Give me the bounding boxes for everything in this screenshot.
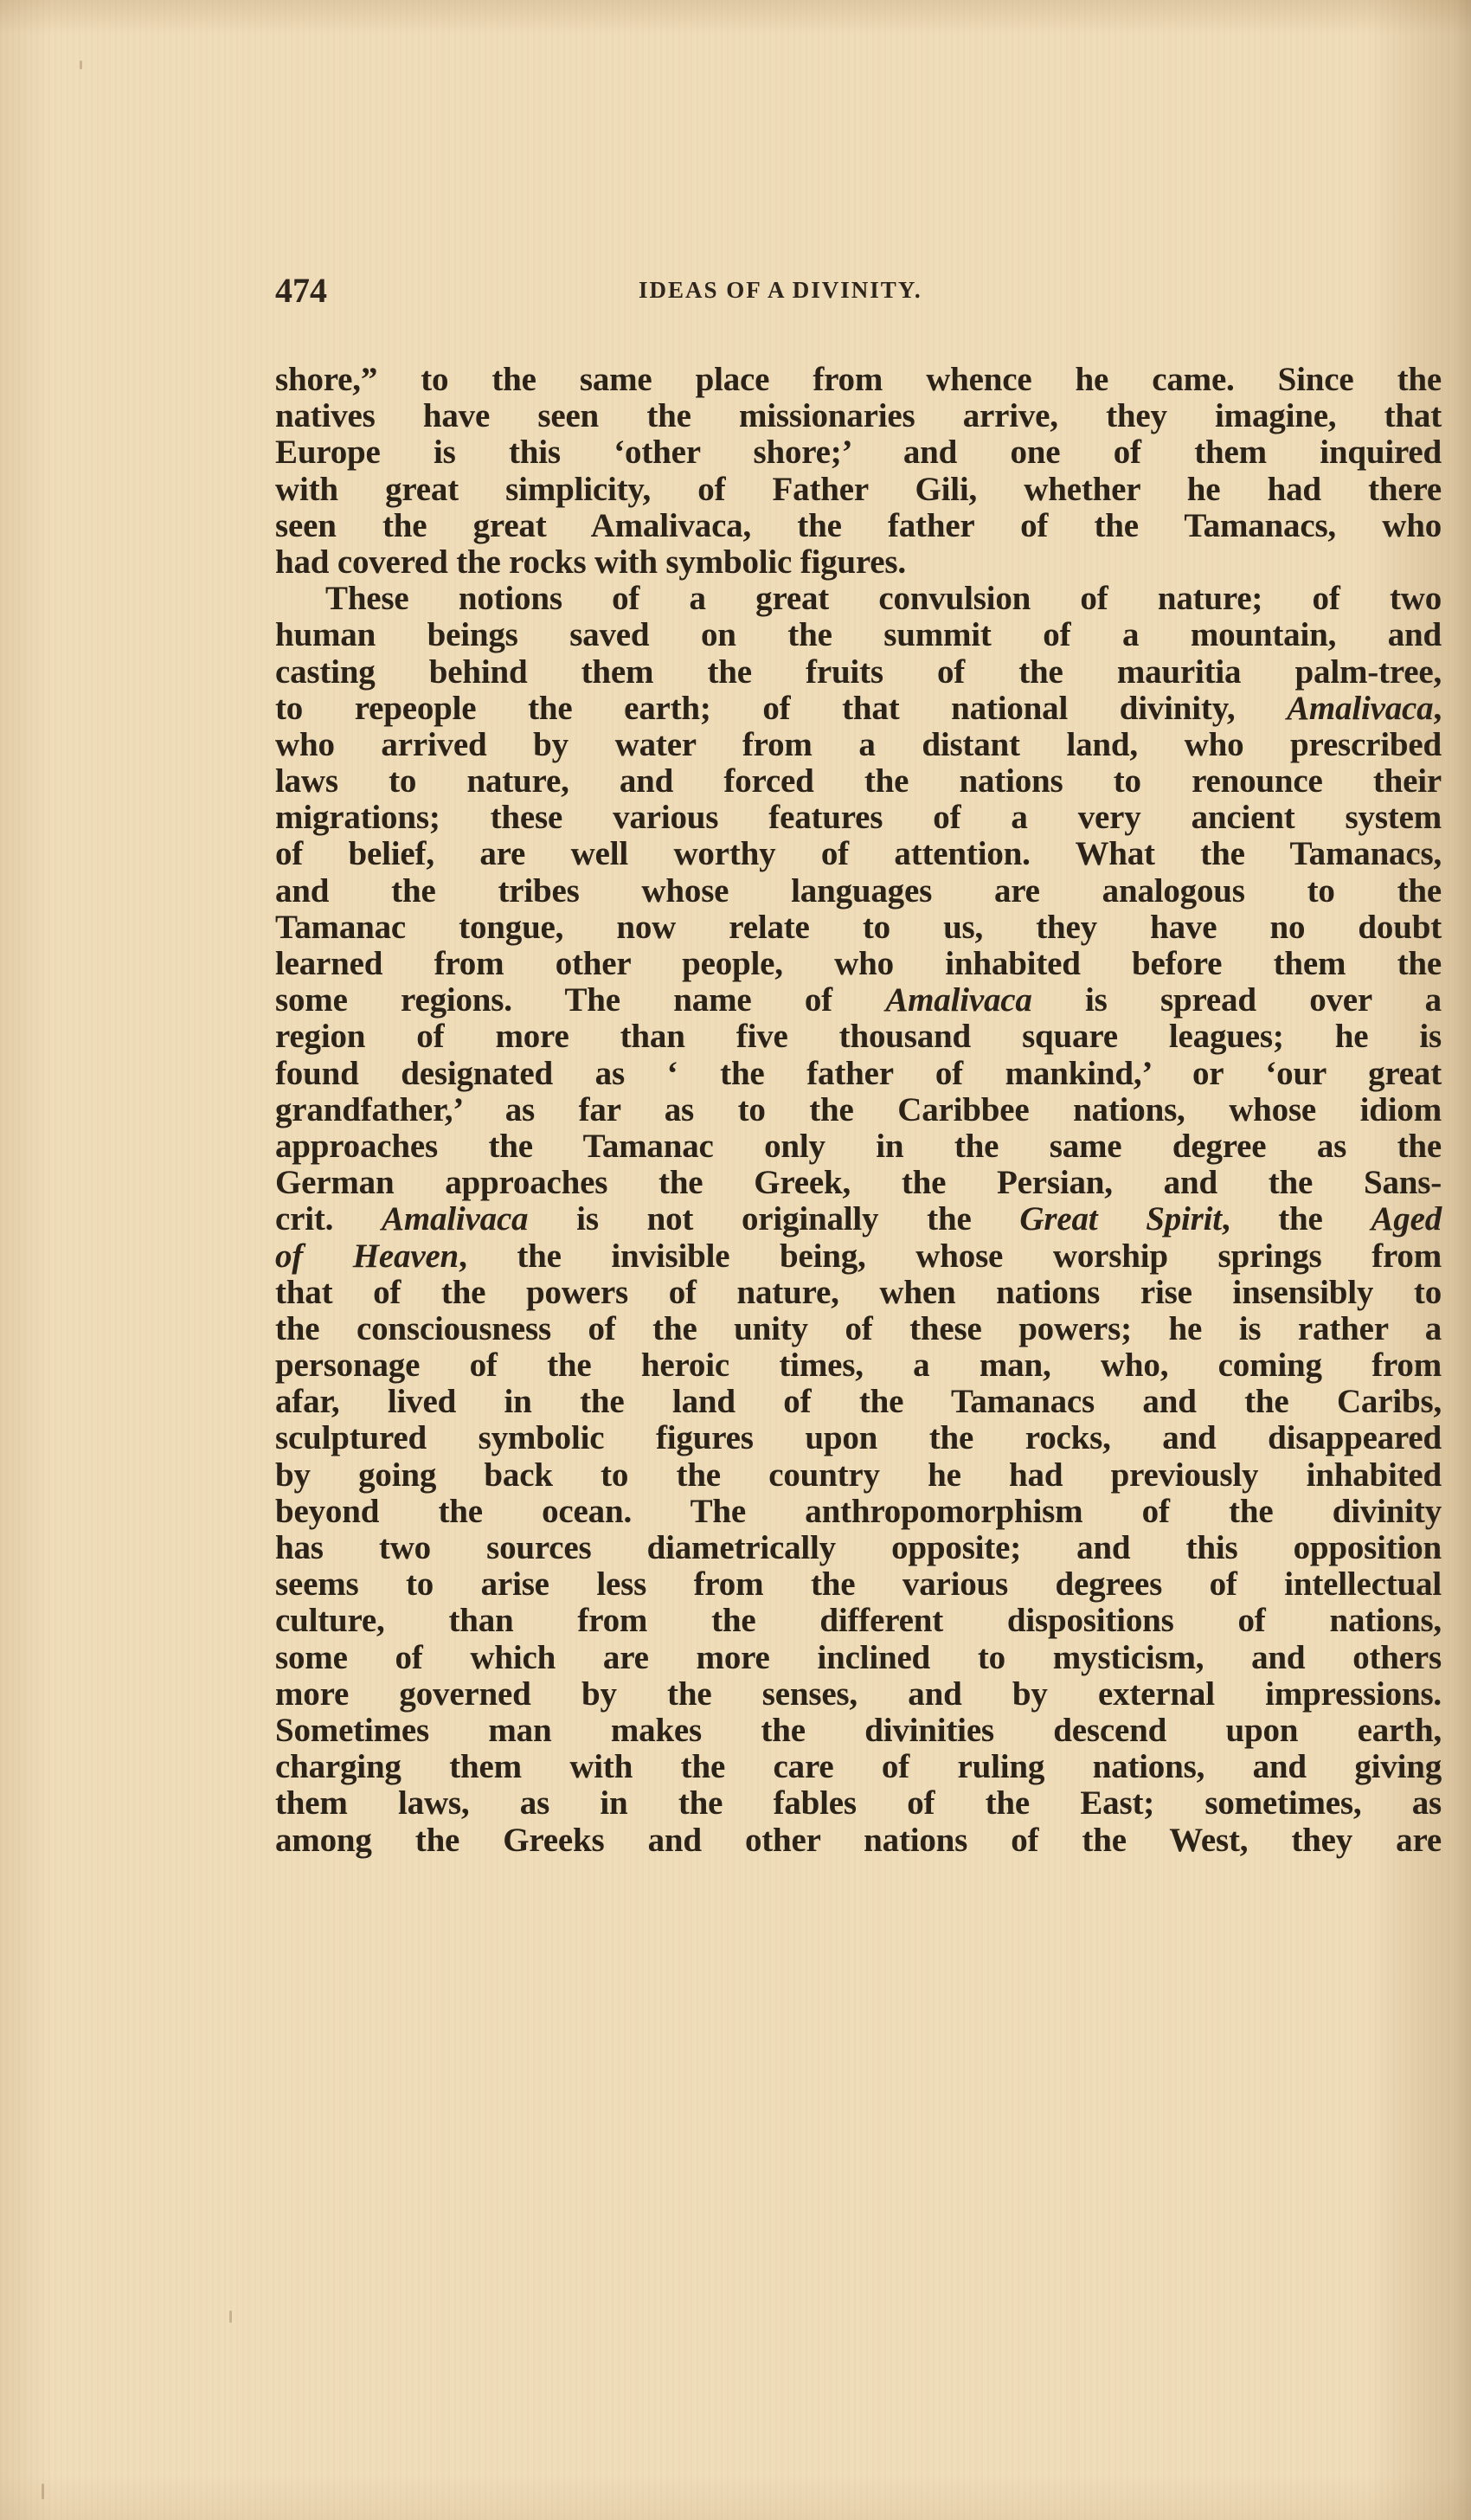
italic-text: Great Spirit	[1019, 1200, 1221, 1237]
text-run: them laws, as in the fables of the East;…	[275, 1784, 1442, 1822]
text-line: culture, than from the different disposi…	[275, 1603, 1442, 1639]
text-run: culture, than from the different disposi…	[275, 1602, 1442, 1639]
text-run: Europe is this ‘other shore;’ and one of…	[275, 434, 1442, 471]
text-run: personage of the heroic times, a man, wh…	[275, 1347, 1442, 1384]
text-line: had covered the rocks with symbolic figu…	[275, 544, 1442, 581]
text-run: crit.	[275, 1200, 382, 1237]
italic-text: Amalivaca	[1287, 690, 1433, 727]
body-text: shore,” to the same place from whence he…	[275, 362, 1442, 1859]
text-line: approaches the Tamanac only in the same …	[275, 1128, 1442, 1165]
text-run: migrations; these various features of a …	[275, 799, 1442, 836]
text-line: Tamanac tongue, now relate to us, they h…	[275, 910, 1442, 946]
italic-text: of Heaven	[275, 1237, 459, 1275]
text-run: These notions of a great convulsion of n…	[325, 580, 1442, 617]
text-run: afar, lived in the land of the Tamanacs …	[275, 1383, 1442, 1420]
text-run: some regions. The name of	[275, 981, 885, 1019]
text-run: grandfather,’ as far as to the Caribbee …	[275, 1091, 1442, 1128]
page-number: 474	[275, 270, 327, 311]
text-run: beyond the ocean. The anthropomorphism o…	[275, 1493, 1442, 1530]
text-run: natives have seen the missionaries arriv…	[275, 397, 1442, 434]
text-run: sculptured symbolic figures upon the roc…	[275, 1419, 1442, 1456]
text-run: among the Greeks and other nations of th…	[275, 1822, 1442, 1859]
text-run: German approaches the Greek, the Persian…	[275, 1164, 1442, 1201]
text-line: the consciousness of the unity of these …	[275, 1311, 1442, 1347]
text-line: migrations; these various features of a …	[275, 800, 1442, 836]
text-line: casting behind them the fruits of the ma…	[275, 654, 1442, 691]
text-run: , the	[1222, 1200, 1371, 1237]
text-run: Tamanac tongue, now relate to us, they h…	[275, 909, 1442, 946]
text-line: natives have seen the missionaries arriv…	[275, 398, 1442, 434]
text-line: by going back to the country he had prev…	[275, 1457, 1442, 1494]
text-run: more governed by the senses, and by exte…	[275, 1675, 1442, 1713]
text-run: had covered the rocks with symbolic figu…	[275, 543, 906, 581]
text-line: some of which are more inclined to mysti…	[275, 1640, 1442, 1676]
text-run: seems to arise less from the various deg…	[275, 1565, 1442, 1603]
text-line: afar, lived in the land of the Tamanacs …	[275, 1384, 1442, 1420]
text-run: ,	[1433, 690, 1442, 727]
text-run: is spread over a	[1032, 981, 1442, 1019]
text-line: personage of the heroic times, a man, wh…	[275, 1347, 1442, 1384]
text-line: Sometimes man makes the divinities desce…	[275, 1713, 1442, 1749]
page-header: 474 IDEAS OF A DIVINITY.	[275, 270, 1439, 313]
text-line: that of the powers of nature, when natio…	[275, 1275, 1442, 1311]
text-run: approaches the Tamanac only in the same …	[275, 1128, 1442, 1165]
text-run: is not originally the	[528, 1200, 1019, 1237]
text-line: of Heaven, the invisible being, whose wo…	[275, 1238, 1442, 1275]
text-line: them laws, as in the fables of the East;…	[275, 1785, 1442, 1822]
text-run: the consciousness of the unity of these …	[275, 1310, 1442, 1347]
text-run: of belief, are well worthy of attention.…	[275, 835, 1442, 872]
text-run: to repeople the earth; of that national …	[275, 690, 1287, 727]
text-line: to repeople the earth; of that national …	[275, 691, 1442, 727]
text-line: seen the great Amalivaca, the father of …	[275, 508, 1442, 544]
text-line: charging them with the care of ruling na…	[275, 1749, 1442, 1785]
text-run: with great simplicity, of Father Gili, w…	[275, 471, 1442, 508]
text-run: , the invisible being, whose worship spr…	[459, 1237, 1442, 1275]
text-run: seen the great Amalivaca, the father of …	[275, 507, 1442, 544]
text-run: laws to nature, and forced the nations t…	[275, 762, 1442, 800]
text-run: by going back to the country he had prev…	[275, 1456, 1442, 1494]
text-line: region of more than five thousand square…	[275, 1019, 1442, 1055]
text-line: has two sources diametrically opposite; …	[275, 1530, 1442, 1566]
paper-speck	[80, 61, 82, 69]
text-line: laws to nature, and forced the nations t…	[275, 763, 1442, 800]
text-line: Europe is this ‘other shore;’ and one of…	[275, 434, 1442, 471]
text-line: and the tribes whose languages are analo…	[275, 873, 1442, 910]
text-run: has two sources diametrically opposite; …	[275, 1529, 1442, 1566]
text-run: charging them with the care of ruling na…	[275, 1748, 1442, 1785]
text-line: shore,” to the same place from whence he…	[275, 362, 1442, 398]
italic-text: Aged	[1371, 1200, 1442, 1237]
text-run: shore,” to the same place from whence he…	[275, 361, 1442, 398]
text-run: found designated as ‘ the father of mank…	[275, 1055, 1442, 1092]
italic-text: Amalivaca	[382, 1200, 528, 1237]
text-line: crit. Amalivaca is not originally the Gr…	[275, 1201, 1442, 1237]
italic-text: Amalivaca	[885, 981, 1031, 1019]
text-line: with great simplicity, of Father Gili, w…	[275, 472, 1442, 508]
text-line: grandfather,’ as far as to the Caribbee …	[275, 1092, 1442, 1128]
text-line: more governed by the senses, and by exte…	[275, 1676, 1442, 1713]
paper-speck	[229, 2311, 232, 2323]
text-line: found designated as ‘ the father of mank…	[275, 1056, 1442, 1092]
paper-speck	[42, 2484, 44, 2499]
text-run: some of which are more inclined to mysti…	[275, 1639, 1442, 1676]
text-line: German approaches the Greek, the Persian…	[275, 1165, 1442, 1201]
text-run: who arrived by water from a distant land…	[275, 726, 1442, 763]
running-head: IDEAS OF A DIVINITY.	[639, 277, 922, 304]
text-line: of belief, are well worthy of attention.…	[275, 836, 1442, 872]
text-line: seems to arise less from the various deg…	[275, 1566, 1442, 1603]
text-line: human beings saved on the summit of a mo…	[275, 617, 1442, 653]
text-run: and the tribes whose languages are analo…	[275, 872, 1442, 910]
text-run: that of the powers of nature, when natio…	[275, 1274, 1442, 1311]
text-run: learned from other people, who inhabited…	[275, 945, 1442, 982]
book-page: 474 IDEAS OF A DIVINITY. shore,” to the …	[0, 0, 1471, 2520]
text-line: some regions. The name of Amalivaca is s…	[275, 982, 1442, 1019]
text-line: among the Greeks and other nations of th…	[275, 1822, 1442, 1859]
text-run: casting behind them the fruits of the ma…	[275, 653, 1442, 691]
text-run: Sometimes man makes the divinities desce…	[275, 1712, 1442, 1749]
text-line: sculptured symbolic figures upon the roc…	[275, 1420, 1442, 1456]
text-line: who arrived by water from a distant land…	[275, 727, 1442, 763]
text-line: beyond the ocean. The anthropomorphism o…	[275, 1494, 1442, 1530]
text-line: These notions of a great convulsion of n…	[275, 581, 1442, 617]
text-run: human beings saved on the summit of a mo…	[275, 616, 1442, 653]
text-run: region of more than five thousand square…	[275, 1018, 1442, 1055]
text-line: learned from other people, who inhabited…	[275, 946, 1442, 982]
